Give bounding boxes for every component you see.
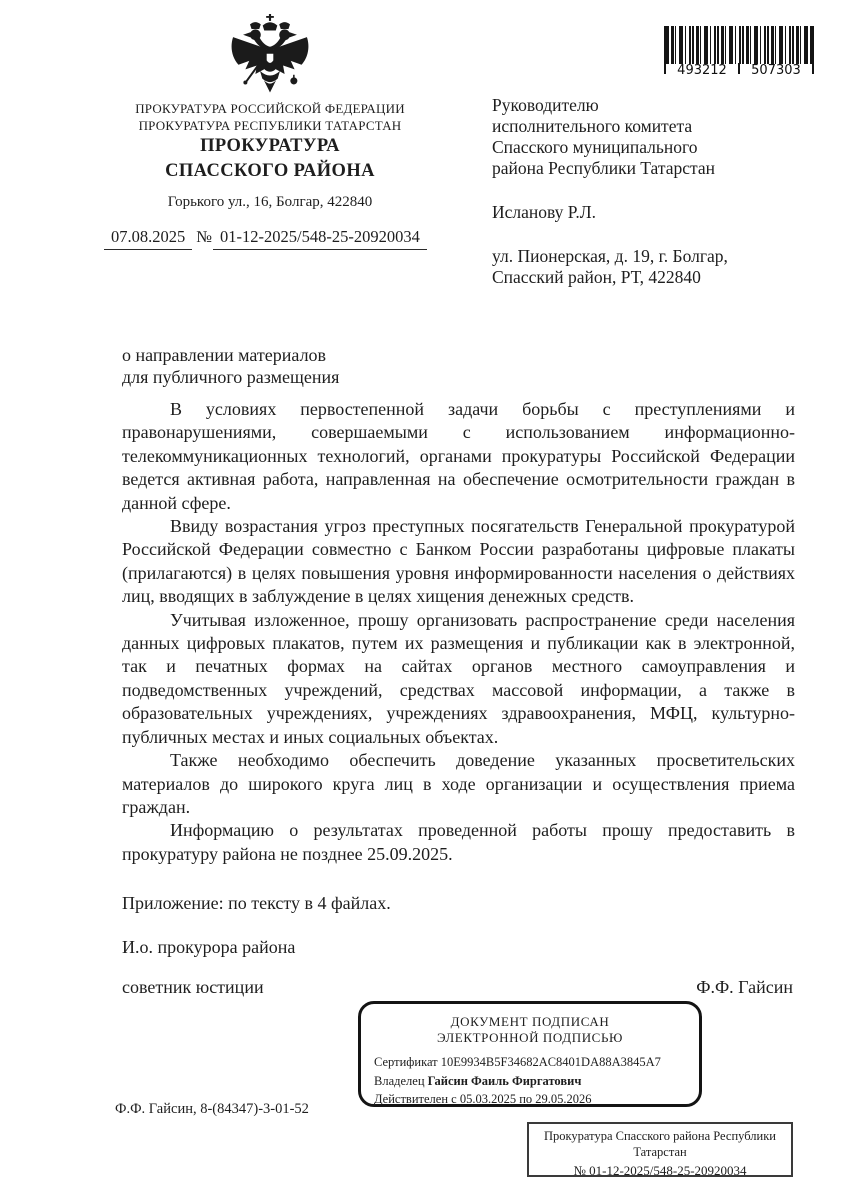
org-name-line2: СПАССКОГО РАЙОНА [100,159,440,184]
addressee-line1: Руководителю [492,95,822,116]
org-parent-line1: ПРОКУРАТУРА РОССИЙСКОЙ ФЕДЕРАЦИИ [100,100,440,117]
addressee-block: Руководителю исполнительного комитета Сп… [492,95,822,288]
paragraph: Информацию о результатах проведенной раб… [122,819,795,866]
registration-stamp: Прокуратура Спасского района Республики … [527,1122,793,1177]
executor-contact: Ф.Ф. Гайсин, 8-(84347)-3-01-52 [115,1101,309,1118]
org-parent-line2: ПРОКУРАТУРА РЕСПУБЛИКИ ТАТАРСТАН [100,117,440,134]
reference-line: 07.08.2025№01-12-2025/548-25-20920034 [104,227,427,250]
registration-number-sign: № [573,1163,585,1178]
barcode-digits-left: 493212 [677,64,727,78]
addressee-address-line2: Спасский район, РТ, 422840 [492,267,822,288]
subject-block: о направлении материалов для публичного … [122,344,339,388]
addressee-line3: Спасского муниципального [492,137,822,158]
esign-stamp: ДОКУМЕНТ ПОДПИСАН ЭЛЕКТРОННОЙ ПОДПИСЬЮ С… [358,1001,702,1107]
registration-stamp-number-line: № 01-12-2025/548-25-20920034 [541,1163,779,1179]
subject-line2: для публичного размещения [122,366,339,388]
addressee-address-line1: ул. Пионерская, д. 19, г. Болгар, [492,246,822,267]
esign-title-line1: ДОКУМЕНТ ПОДПИСАН [374,1014,686,1030]
barcode: 493212 507303 [664,26,814,78]
barcode-bars [664,26,814,64]
esign-owner-line: Владелец Гайсин Фаиль Фиргатович [374,1072,686,1091]
esign-validity-value: с 05.03.2025 по 29.05.2026 [451,1092,591,1106]
signature-row: советник юстиции Ф.Ф. Гайсин [122,977,793,998]
registration-stamp-org: Прокуратура Спасского района Республики … [541,1129,779,1160]
addressee-line2: исполнительного комитета [492,116,822,137]
barcode-guard-middle [738,63,740,74]
barcode-guard-left [664,63,666,74]
document-page: ПРОКУРАТУРА РОССИЙСКОЙ ФЕДЕРАЦИИ ПРОКУРА… [0,0,849,1200]
registration-number-value: 01-12-2025/548-25-20920034 [589,1163,746,1178]
esign-owner-value: Гайсин Фаиль Фиргатович [428,1074,582,1088]
addressee-name: Исланову Р.Л. [492,202,822,223]
doc-number: 01-12-2025/548-25-20920034 [213,227,427,250]
letterhead: ПРОКУРАТУРА РОССИЙСКОЙ ФЕДЕРАЦИИ ПРОКУРА… [100,14,440,212]
barcode-digits-right: 507303 [751,64,801,78]
russia-coat-of-arms-icon [223,14,317,94]
org-address: Горького ул., 16, Болгар, 422840 [100,193,440,212]
subject-line1: о направлении материалов [122,344,339,366]
esign-title-line2: ЭЛЕКТРОННОЙ ПОДПИСЬЮ [374,1030,686,1046]
addressee-line4: района Республики Татарстан [492,158,822,179]
esign-validity-label: Действителен [374,1092,448,1106]
paragraph: Ввиду возрастания угроз преступных посяг… [122,515,795,609]
esign-certificate-line: Сертификат 10E9934B5F34682AC8401DA88A384… [374,1053,686,1072]
paragraph: В условиях первостепенной задачи борьбы … [122,398,795,515]
esign-owner-label: Владелец [374,1074,425,1088]
org-name-line1: ПРОКУРАТУРА [100,134,440,159]
barcode-guard-right [812,63,814,74]
doc-date: 07.08.2025 [104,227,192,250]
esign-validity-line: Действителен с 05.03.2025 по 29.05.2026 [374,1090,686,1109]
signer-role-line1: И.о. прокурора района [122,937,295,958]
esign-certificate-value: 10E9934B5F34682AC8401DA88A3845A7 [441,1055,661,1069]
paragraph: Учитывая изложенное, прошу организовать … [122,609,795,749]
signer-name: Ф.Ф. Гайсин [696,977,793,998]
barcode-digits: 493212 507303 [664,64,814,78]
body-text: В условиях первостепенной задачи борьбы … [122,398,795,866]
number-sign: № [196,227,212,246]
paragraph: Также необходимо обеспечить доведение ук… [122,749,795,819]
attachment-note: Приложение: по тексту в 4 файлах. [122,893,391,914]
esign-certificate-label: Сертификат [374,1055,438,1069]
signer-role-line2: советник юстиции [122,977,264,998]
